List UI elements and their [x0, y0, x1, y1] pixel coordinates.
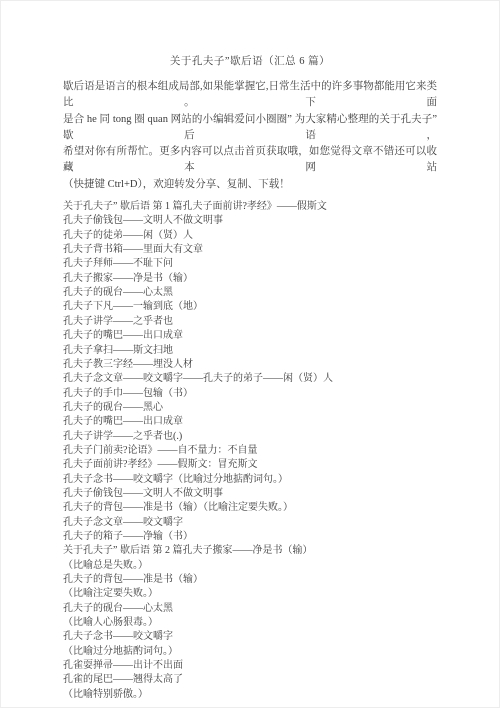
xiehouyu-line: 孔夫子的徒弟——闲（贤）人 [63, 229, 437, 243]
xiehouyu-list: 关于孔夫子” 歇后语 第 1 篇孔夫子面前讲?孝经》——假斯文 孔夫子偷钱包——… [63, 200, 437, 702]
xiehouyu-line: 孔夫子念书——咬文嚼字 [63, 630, 437, 644]
intro-line: 是合 he 同 tong 圈 quan 网站的小编辑爱问小圈圈” 为大家精心整理… [63, 112, 437, 145]
xiehouyu-line: 孔夫子念文章——咬文嚼字——孔夫子的弟子——闲（贤）人 [63, 372, 437, 386]
intro-line: （快捷键 Ctrl+D），欢迎转发分享、复制、下载！ [63, 177, 437, 193]
xiehouyu-line: 孔夫子下凡——一输到底（地） [63, 300, 437, 314]
document-page: 关于孔夫子”歇后语（汇总 6 篇） 歇后语是语言的根本组成局部,如果能掌握它,日… [0, 0, 500, 708]
xiehouyu-line: 孔夫子讲学——之乎者也 [63, 315, 437, 329]
xiehouyu-line: 孔夫子的砚台——心太黑 [63, 602, 437, 616]
xiehouyu-line: 孔夫子拜师——不耻下问 [63, 257, 437, 271]
xiehouyu-line: 孔夫子的嘴巴——出口成章 [63, 415, 437, 429]
xiehouyu-line: 孔夫子搬家——净是书（输） [63, 272, 437, 286]
xiehouyu-line: 孔夫子的手巾——包输（书） [63, 387, 437, 401]
xiehouyu-line: 孔夫子面前讲?孝经》——假斯文：冒充斯文 [63, 458, 437, 472]
section-1-heading: 关于孔夫子” 歇后语 第 1 篇孔夫子面前讲?孝经》——假斯文 [63, 200, 437, 214]
xiehouyu-line: （比喻总是失败。） [63, 559, 437, 573]
xiehouyu-line: （比喻注定要失败。） [63, 587, 437, 601]
intro-line: 希望对你有所帮忙。更多内容可以点击首页获取哦，如您觉得文章不错还可以收藏本网站 [63, 144, 437, 177]
xiehouyu-line: （比喻特别骄傲。） [63, 688, 437, 702]
xiehouyu-line: 孔夫子的嘴巴——出口成章 [63, 329, 437, 343]
section-2-heading: 关于孔夫子” 歇后语 第 2 篇孔夫子搬家——净是书（输） [63, 544, 437, 558]
xiehouyu-line: 孔夫子念书——咬文嚼字（比喻过分地掂酌词句。） [63, 473, 437, 487]
section-2-items: （比喻总是失败。）孔夫子的背包——准是书（输）（比喻注定要失败。）孔夫子的砚台—… [63, 559, 437, 702]
intro-line: 歇后语是语言的根本组成局部,如果能掌握它,日常生活中的许多事物都能用它来类比。下… [63, 79, 437, 112]
section-2: 关于孔夫子” 歇后语 第 2 篇孔夫子搬家——净是书（输） （比喻总是失败。）孔… [63, 544, 437, 702]
xiehouyu-line: 孔夫子的箱子——净输（书） [63, 530, 437, 544]
xiehouyu-line: 孔夫子偷钱包——文明人不做文明事 [63, 487, 437, 501]
xiehouyu-line: 孔夫子教三字经——埋没人材 [63, 358, 437, 372]
section-1: 关于孔夫子” 歇后语 第 1 篇孔夫子面前讲?孝经》——假斯文 孔夫子偷钱包——… [63, 200, 437, 544]
xiehouyu-line: 孔夫子背书箱——里面大有文章 [63, 243, 437, 257]
xiehouyu-line: 孔夫子念文章——咬文嚼字 [63, 516, 437, 530]
xiehouyu-line: 孔夫子的砚台——心太黑 [63, 286, 437, 300]
xiehouyu-line: 孔雀的尾巴——翘得太高了 [63, 673, 437, 687]
xiehouyu-line: 孔夫子拿扫——斯文扫地 [63, 344, 437, 358]
section-1-items: 孔夫子偷钱包——文明人不做文明事孔夫子的徒弟——闲（贤）人孔夫子背书箱——里面大… [63, 214, 437, 544]
document-title: 关于孔夫子”歇后语（汇总 6 篇） [63, 54, 437, 69]
xiehouyu-line: （比喻过分地掂酌词句。） [63, 645, 437, 659]
xiehouyu-line: 孔夫子讲学——之乎者也(.) [63, 430, 437, 444]
xiehouyu-line: 孔雀耍掸帚——出计不出面 [63, 659, 437, 673]
xiehouyu-line: 孔夫子的砚台——黑心 [63, 401, 437, 415]
xiehouyu-line: 孔夫子的背包——准是书（输） [63, 573, 437, 587]
intro-paragraph: 歇后语是语言的根本组成局部,如果能掌握它,日常生活中的许多事物都能用它来类比。下… [63, 79, 437, 193]
xiehouyu-line: 孔夫子的背包——准是书（输）（比喻注定要失败。） [63, 501, 437, 515]
xiehouyu-line: （比喻人心肠狠毒。） [63, 616, 437, 630]
xiehouyu-line: 孔夫子偷钱包——文明人不做文明事 [63, 214, 437, 228]
xiehouyu-line: 孔夫子门前卖?论语》——自不量力：不自量 [63, 444, 437, 458]
